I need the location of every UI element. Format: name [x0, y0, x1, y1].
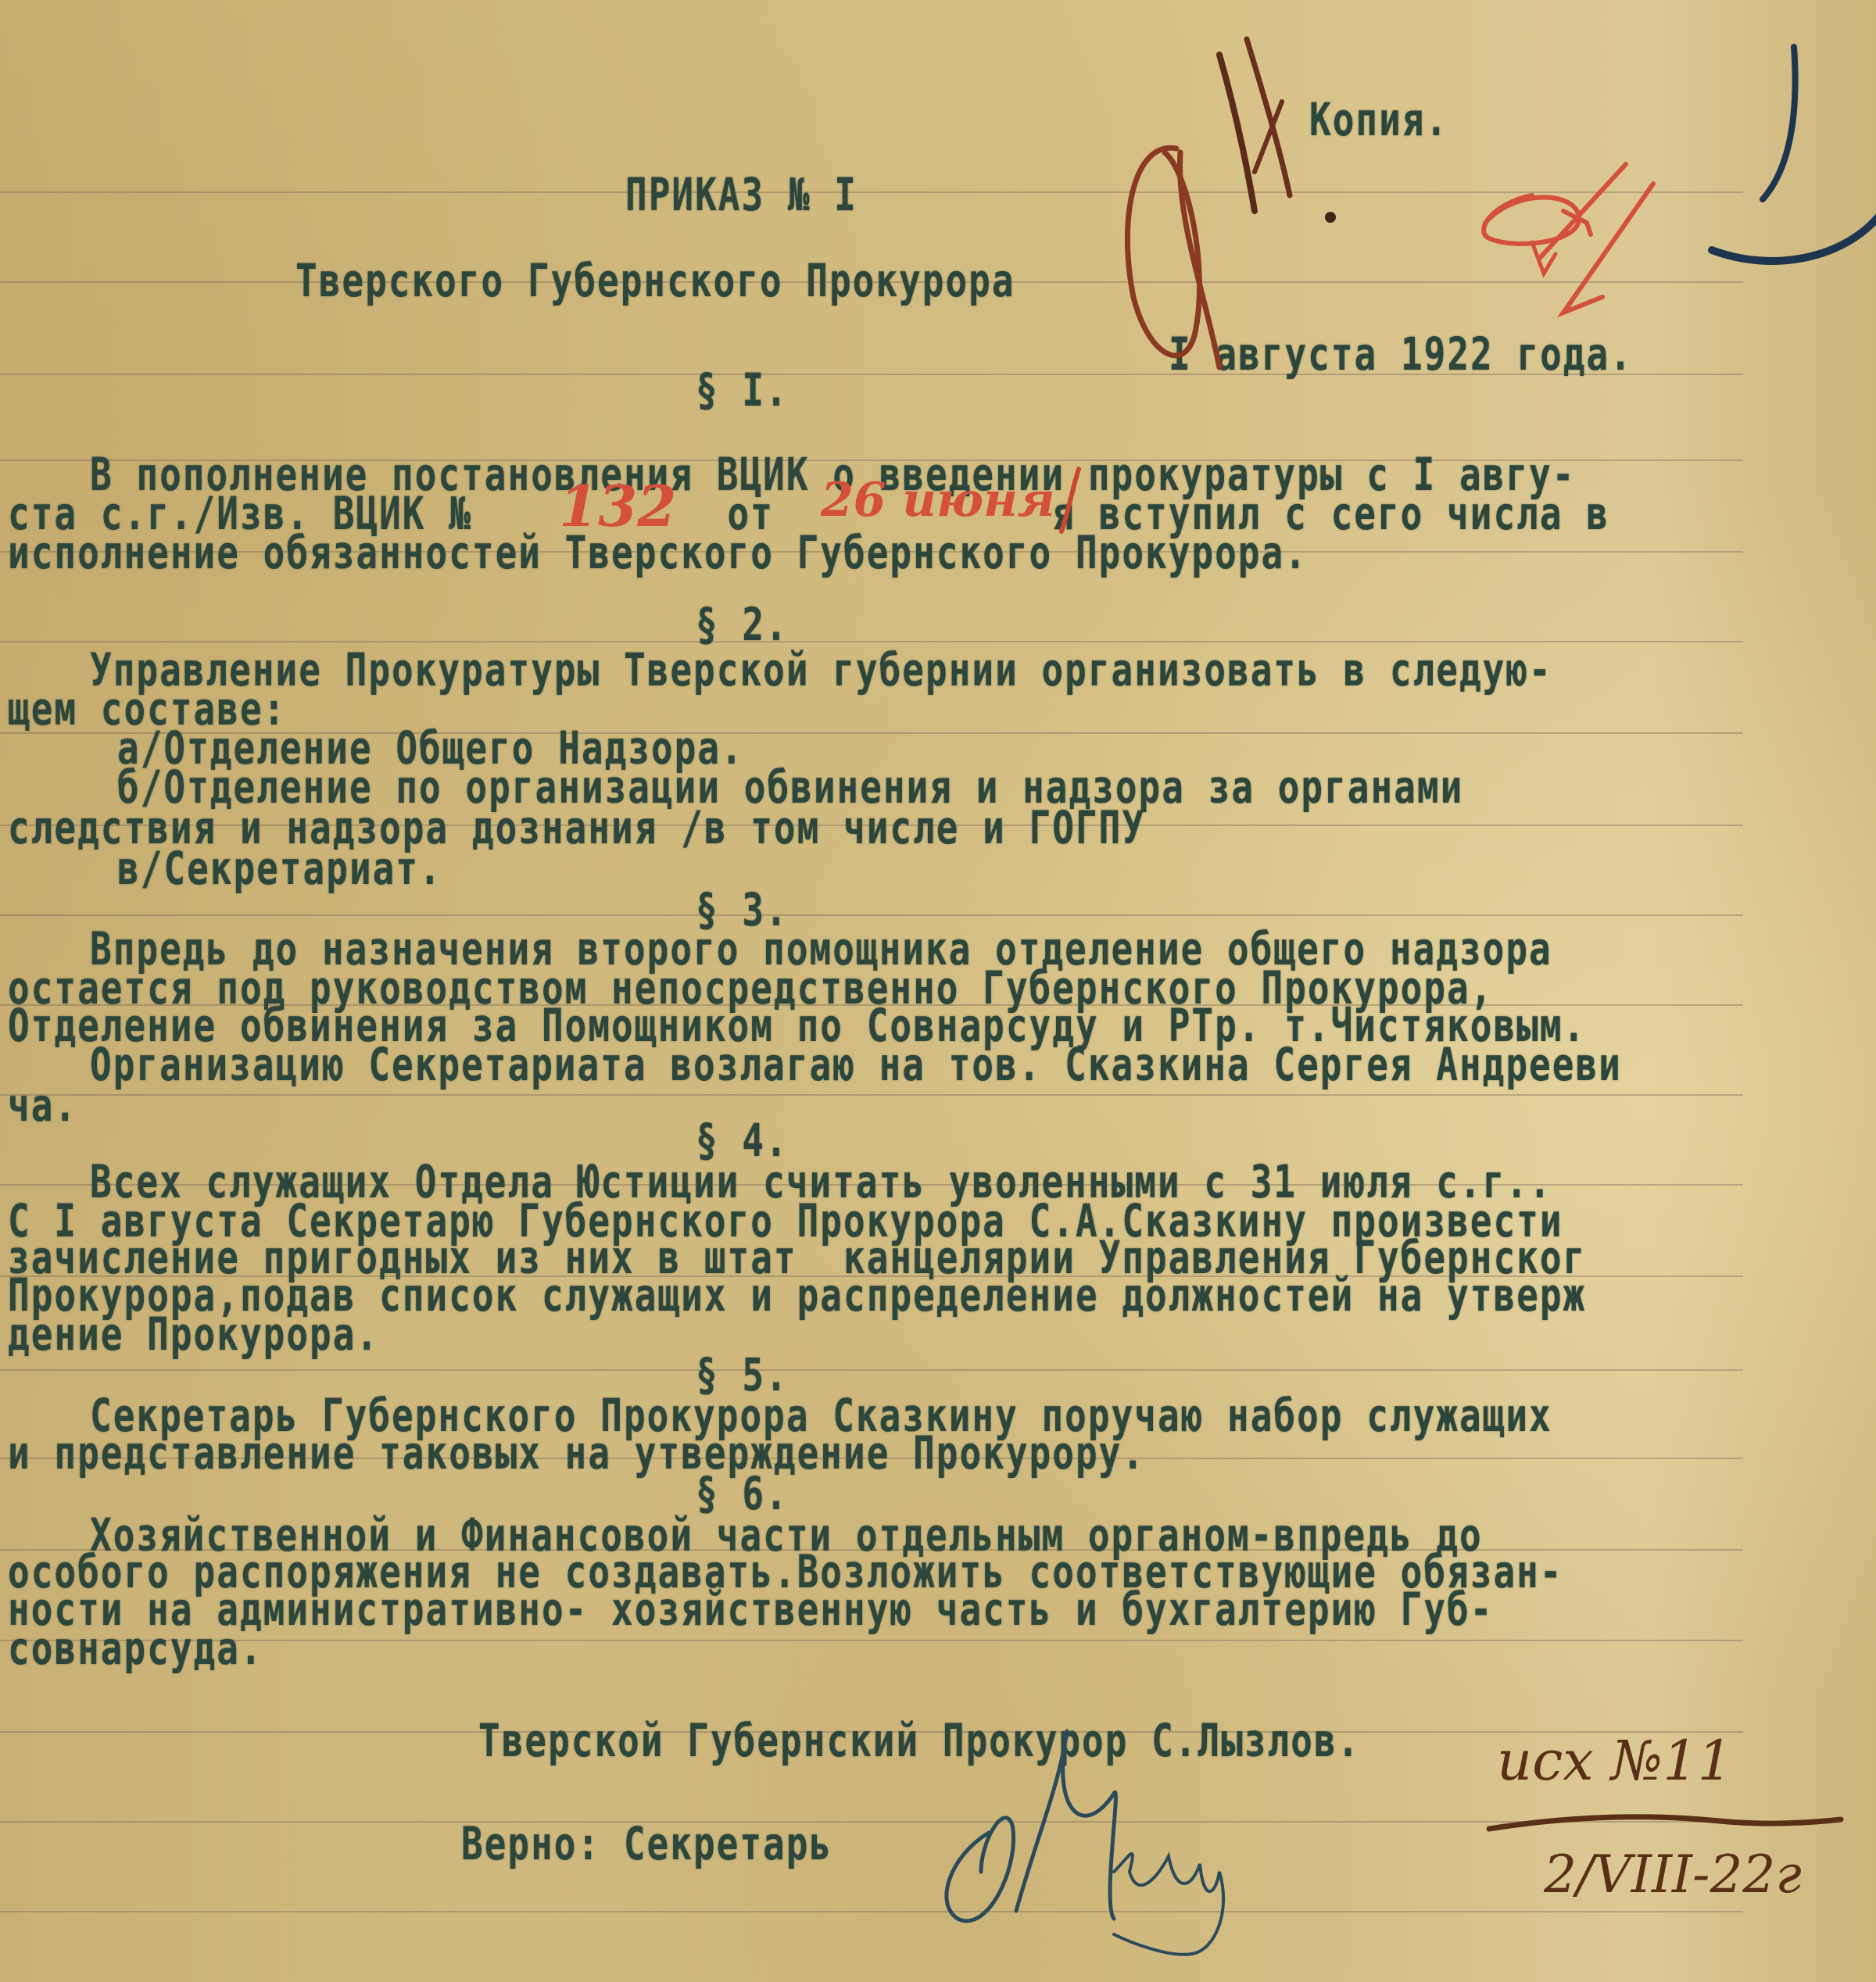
ruled-line — [0, 641, 1743, 642]
register-divider-icon — [1485, 1805, 1845, 1837]
ruled-line — [0, 1821, 1743, 1823]
section-3-line: Организацию Секретариата возлагаю на тов… — [90, 1042, 1622, 1087]
section-4-line: дение Прокурора. — [8, 1311, 379, 1357]
section-5-line: и представление таковых на утверждение П… — [8, 1430, 1145, 1476]
section-2-line: Управление Прокуратуры Тверской губернии… — [90, 647, 1552, 692]
secretary-signature-icon — [934, 1715, 1262, 1942]
ruled-line — [0, 1094, 1743, 1096]
ruled-line — [0, 1911, 1743, 1912]
blue-pencil-mark-icon — [1688, 39, 1876, 274]
section-6-line: совнарсуда. — [8, 1626, 263, 1671]
red-izv-date: 26 июня — [821, 473, 1055, 528]
ruled-line — [0, 1369, 1743, 1371]
section-2-line: в/Секретариат. — [117, 846, 442, 891]
section-3-line: ча. — [8, 1082, 77, 1128]
register-number: исх №11 — [1497, 1729, 1732, 1793]
register-date: 2/VIII-22г — [1544, 1844, 1802, 1905]
ruled-line — [0, 914, 1743, 916]
section-2-heading: § 2. — [696, 602, 789, 647]
resolution-scrawl-icon — [1102, 16, 1360, 383]
certified-by-label: Верно: Секретарь — [461, 1821, 832, 1866]
red-izv-number: 132 — [559, 473, 676, 539]
red-bracket-mark — [1055, 465, 1087, 535]
red-initials-icon — [1470, 148, 1688, 328]
order-subtitle: Тверского Губернского Прокурора — [295, 258, 1015, 303]
section-1-heading: § I. — [696, 367, 789, 413]
order-title: ПРИКАЗ № I — [625, 172, 857, 217]
